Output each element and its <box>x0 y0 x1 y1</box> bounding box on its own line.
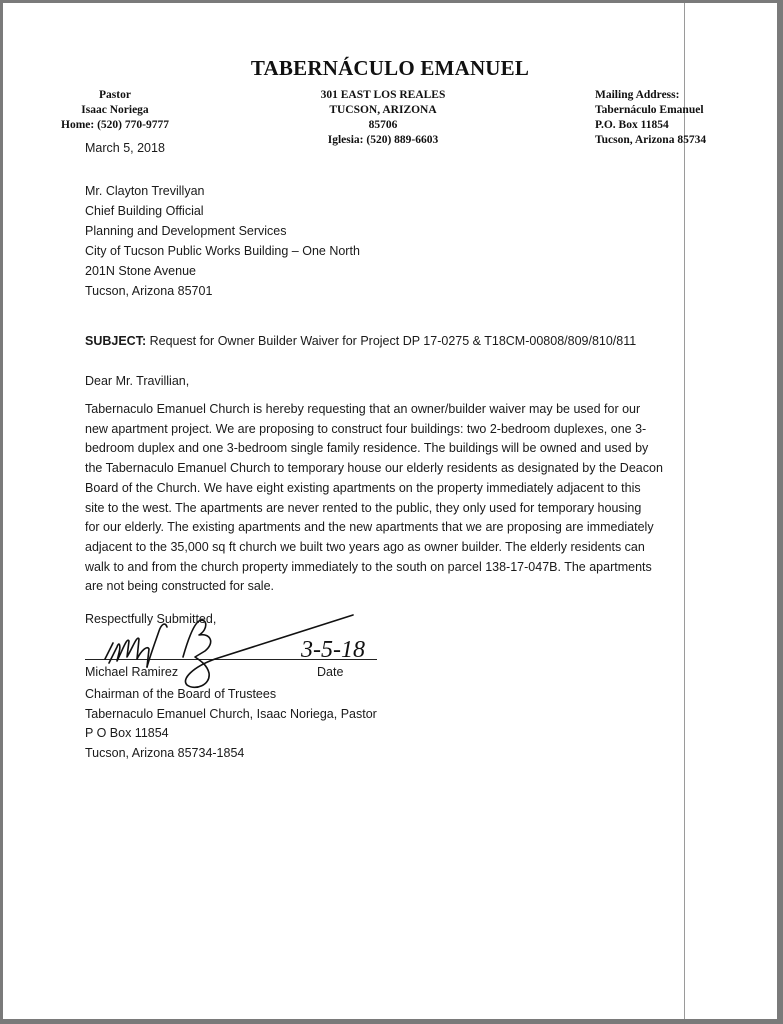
body-line: adjacent to the 35,000 sq ft church we b… <box>85 538 685 558</box>
body-line: for our elderly. The existing apartments… <box>85 518 685 538</box>
recipient-line: 201N Stone Avenue <box>85 261 360 281</box>
letterhead-address-block: 301 EAST LOS REALES TUCSON, ARIZONA 8570… <box>283 88 483 148</box>
street-address: 301 EAST LOS REALES <box>283 88 483 103</box>
body-line: site to the west. The apartments are nev… <box>85 499 685 519</box>
subject-line: SUBJECT: Request for Owner Builder Waive… <box>85 334 636 348</box>
pastor-name: Isaac Noriega <box>45 103 185 118</box>
recipient-line: Mr. Clayton Trevillyan <box>85 181 360 201</box>
pastor-phone: Home: (520) 770-9777 <box>45 118 185 133</box>
church-phone: Iglesia: (520) 889-6603 <box>283 133 483 148</box>
date-label: Date <box>317 665 343 679</box>
body-line: new apartment project. We are proposing … <box>85 420 685 440</box>
letterhead-title: TABERNÁCULO EMANUEL <box>3 56 777 81</box>
salutation: Dear Mr. Travillian, <box>85 374 189 388</box>
recipient-line: Tucson, Arizona 85701 <box>85 281 360 301</box>
body-line: Tabernaculo Emanuel Church is hereby req… <box>85 400 685 420</box>
letter-body: Tabernaculo Emanuel Church is hereby req… <box>85 400 685 597</box>
handwritten-date: 3-5-18 <box>300 637 365 663</box>
mailing-label: Mailing Address: <box>595 88 775 103</box>
letter-page: TABERNÁCULO EMANUEL Pastor Isaac Noriega… <box>3 3 777 1019</box>
pastor-label: Pastor <box>45 88 185 103</box>
subject-label: SUBJECT: <box>85 334 146 348</box>
mailing-city: Tucson, Arizona 85734 <box>595 133 775 148</box>
recipient-line: City of Tucson Public Works Building – O… <box>85 241 360 261</box>
signer-line: Tabernaculo Emanuel Church, Isaac Norieg… <box>85 705 377 725</box>
signer-line: Chairman of the Board of Trustees <box>85 685 377 705</box>
signer-line: P O Box 11854 <box>85 724 377 744</box>
letterhead-mailing-block: Mailing Address: Tabernáculo Emanuel P.O… <box>595 88 775 148</box>
body-line: bedroom duplex and one 3-bedroom single … <box>85 439 685 459</box>
signer-line: Tucson, Arizona 85734-1854 <box>85 744 377 764</box>
mailing-name: Tabernáculo Emanuel <box>595 103 775 118</box>
mailing-po-box: P.O. Box 11854 <box>595 118 775 133</box>
recipient-line: Planning and Development Services <box>85 221 360 241</box>
city-state: TUCSON, ARIZONA <box>283 103 483 118</box>
recipient-block: Mr. Clayton Trevillyan Chief Building Of… <box>85 181 360 301</box>
body-line: Board of the Church. We have eight exist… <box>85 479 685 499</box>
body-line: the Tabernaculo Emanuel Church to tempor… <box>85 459 685 479</box>
body-line: are not being constructed for sale. <box>85 577 685 597</box>
signer-name: Michael Ramirez <box>85 665 178 679</box>
zip-code: 85706 <box>283 118 483 133</box>
letter-date: March 5, 2018 <box>85 141 165 155</box>
recipient-line: Chief Building Official <box>85 201 360 221</box>
body-line: walk to and from the church property imm… <box>85 558 685 578</box>
signer-details: Chairman of the Board of Trustees Tabern… <box>85 685 377 764</box>
subject-text: Request for Owner Builder Waiver for Pro… <box>146 334 636 348</box>
letterhead-pastor-block: Pastor Isaac Noriega Home: (520) 770-977… <box>45 88 185 133</box>
